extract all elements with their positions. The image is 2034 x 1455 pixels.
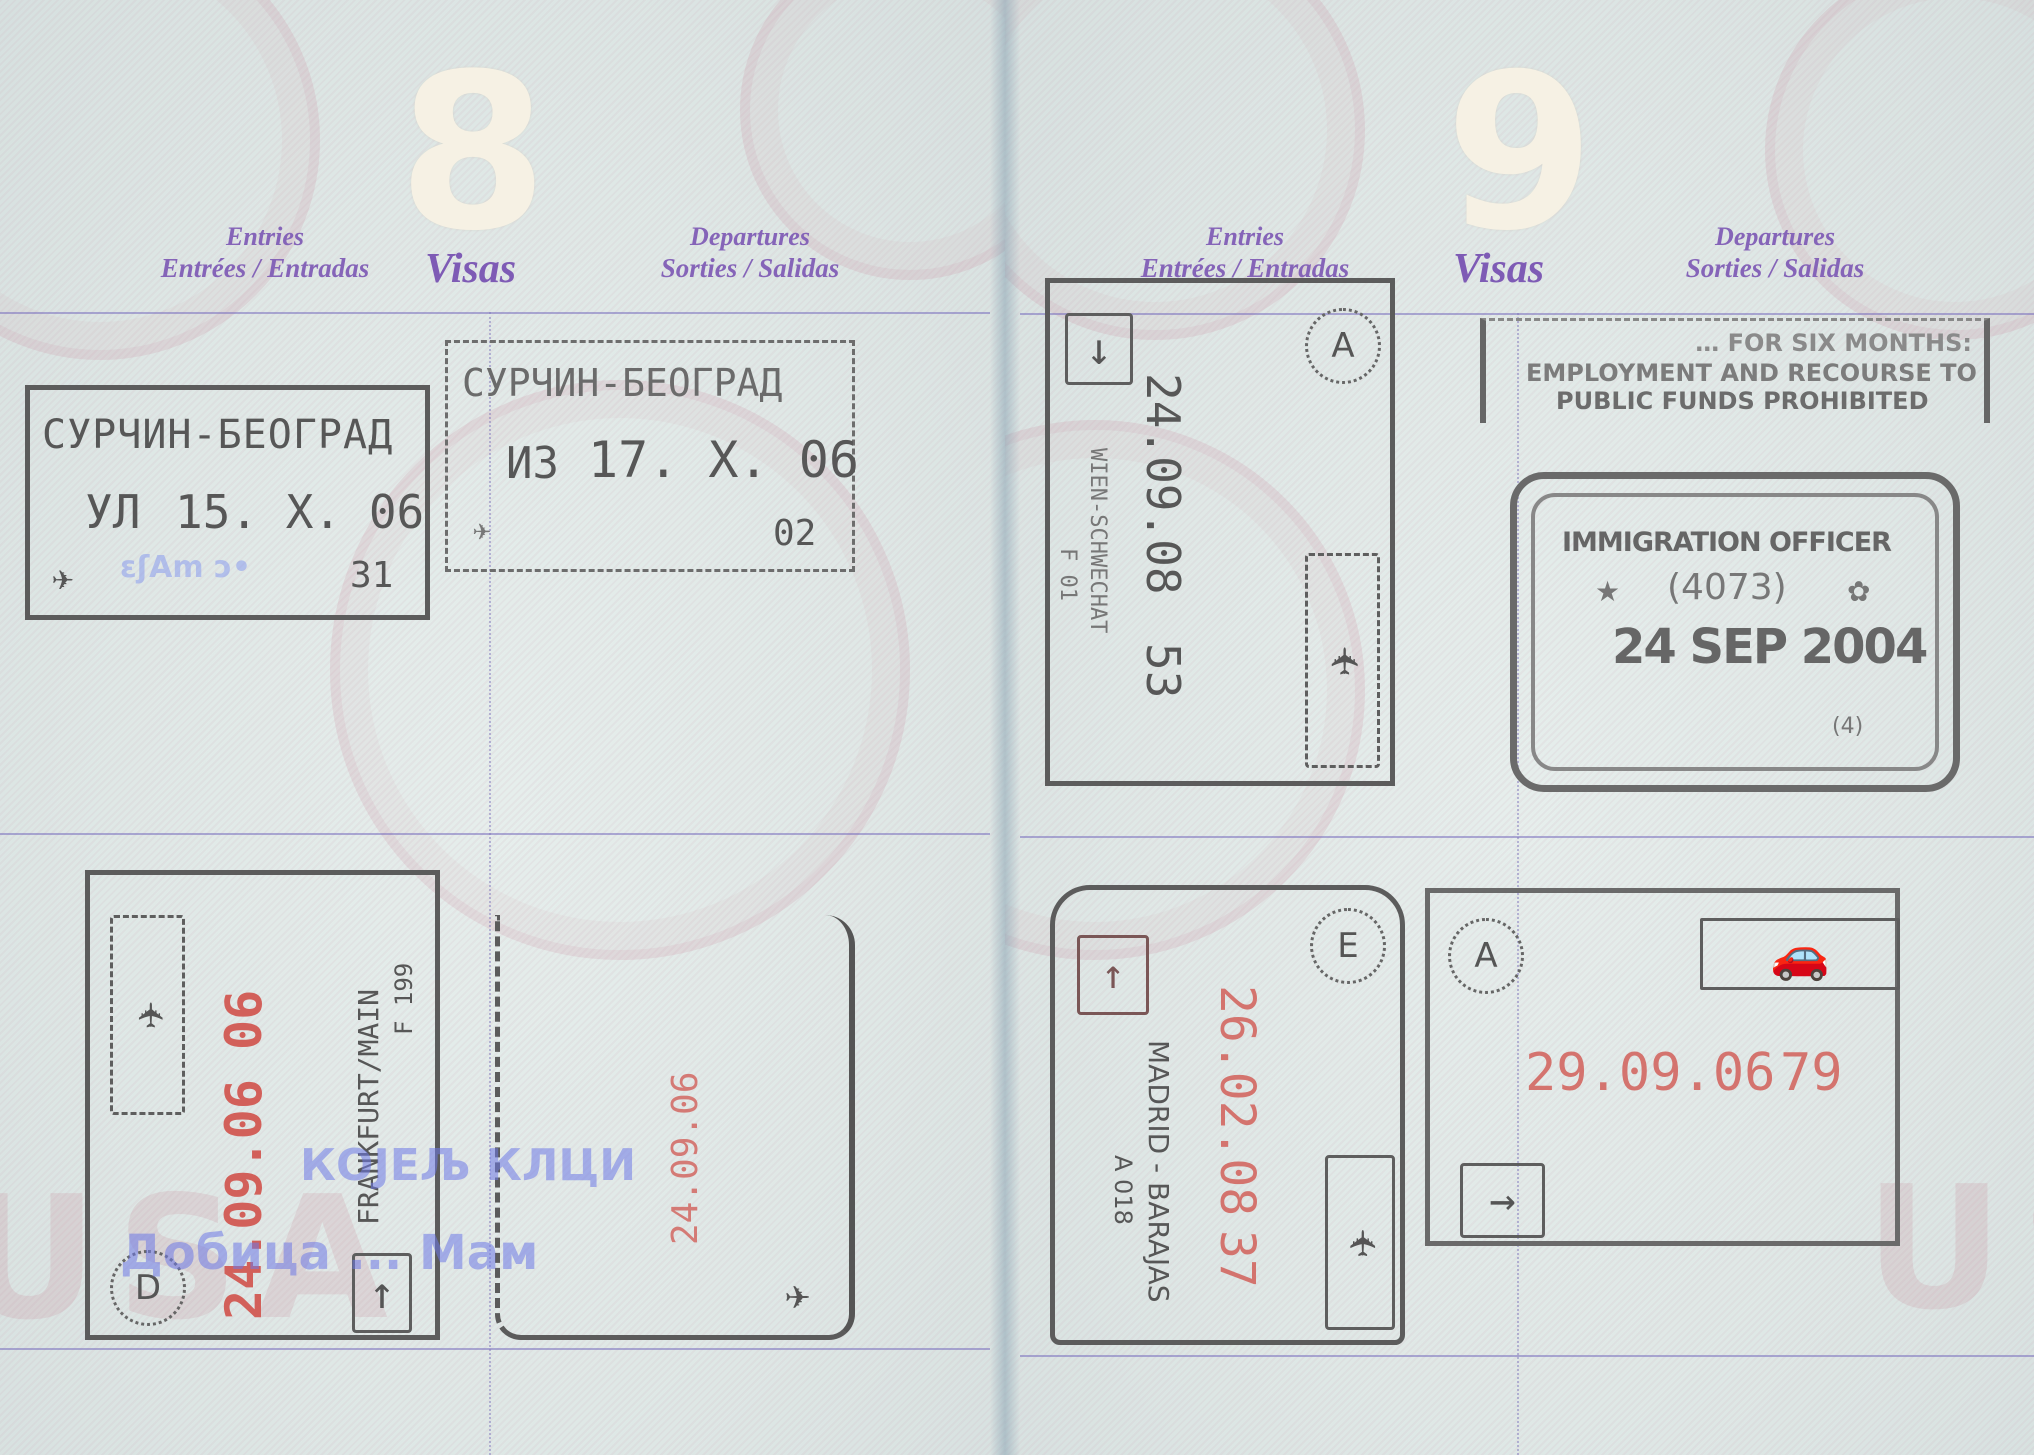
departures-header: Departures Sorties / Salidas (1635, 222, 1915, 284)
stamp-line-3: PUBLIC FUNDS PROHIBITED (1556, 387, 1929, 415)
ruling-line (1020, 836, 2034, 838)
stamp-officer-number: (4073) (1667, 567, 1787, 608)
stamp-number: 79 (1780, 1043, 1843, 1103)
entries-label-fr-es: Entrées / Entradas (140, 252, 390, 284)
stamp-date: 26.02.08 (1209, 985, 1265, 1216)
car-icon: 🚗 (1700, 918, 1900, 990)
stamp-date: 24.09.08 (1136, 373, 1190, 595)
stamp-date: 17. X. 06 (588, 431, 859, 489)
stamp-smudged-departure: 24.09.06 ✈ (495, 915, 855, 1340)
departures-label-fr-es: Sorties / Salidas (1635, 252, 1915, 284)
stamp-number: 02 (773, 513, 816, 554)
ruling-line (1020, 1355, 2034, 1357)
stamp-uk-conditions: … FOR SIX MONTHS: EMPLOYMENT AND RECOURS… (1480, 318, 1990, 423)
airplane-icon: ✈ (785, 1270, 810, 1319)
stamp-code: A 018 (1109, 1155, 1137, 1225)
departures-header: Departures Sorties / Salidas (610, 222, 890, 284)
eu-country-sign: A (1305, 308, 1381, 384)
star-icon: ★ (1595, 575, 1620, 608)
stamp-date: 15. X. 06 (175, 485, 424, 539)
entries-label-en: Entries (140, 222, 390, 252)
eu-country-sign: E (1310, 908, 1386, 984)
arrow-down-icon: ↓ (1065, 313, 1133, 385)
ruling-line (0, 833, 990, 835)
arrow-entry-icon: ↑ (1077, 935, 1149, 1015)
airplane-icon: ✈ (473, 513, 491, 548)
stamp-uk-immigration: IMMIGRATION OFFICER (4073) ★ ✿ 24 SEP 20… (1510, 472, 1960, 792)
stamp-direction: ИЗ (506, 438, 559, 489)
book-gutter (990, 0, 1020, 1455)
stamp-belgrade-entry: СУРЧИН-БЕОГРАД УЛ 15. X. 06 31 ✈ ɛʃAm ɔ• (25, 385, 430, 620)
airplane-icon: ✈ (1325, 1155, 1395, 1330)
page-8: USA 8 Entries Entrées / Entradas Visas D… (0, 0, 1005, 1455)
handwriting-line-2: Добица ... Мам (120, 1225, 538, 1281)
stamp-date-partial: 24.09.06 (665, 1072, 706, 1245)
page-number: 9 (1445, 45, 1595, 260)
stamp-location: WIEN-SCHWECHAT (1085, 448, 1110, 633)
stamp-line-1: … FOR SIX MONTHS: (1695, 329, 1972, 357)
security-seal (1765, 0, 2034, 340)
stamp-date: 24.09.06 (215, 1079, 273, 1320)
security-seal (0, 0, 320, 360)
stamp-code: F 199 (390, 963, 418, 1035)
arrow-right-icon: → (1460, 1163, 1545, 1238)
stamp-code: F 01 (1055, 548, 1080, 601)
airplane-icon: ✈ (1305, 553, 1380, 768)
stamp-date: 24 SEP 2004 (1612, 619, 1926, 675)
stamp-title: IMMIGRATION OFFICER (1562, 527, 1891, 558)
handwriting-line-1: КОЈЕЉ КЛЦИ (300, 1140, 636, 1191)
entries-label-en: Entries (1095, 222, 1395, 252)
stamp-direction: УЛ (85, 485, 140, 539)
airplane-icon: ✈ (52, 558, 74, 599)
stamp-number: 31 (350, 555, 393, 596)
stamp-austria-road: A 🚗 29.09.06 79 → (1425, 888, 1900, 1246)
ruling-line (0, 312, 990, 314)
passport-spread: USA 8 Entries Entrées / Entradas Visas D… (0, 0, 2034, 1455)
page-number: 8 (398, 45, 548, 260)
handwritten-note: ɛʃAm ɔ• (120, 550, 251, 585)
entries-header: Entries Entrées / Entradas (140, 222, 390, 284)
ruling-line (0, 1348, 990, 1350)
visas-header: Visas (425, 245, 516, 293)
stamp-austria-airport: ↓ A 24.09.08 53 WIEN-SCHWECHAT F 01 ✈ (1045, 278, 1395, 786)
visas-header: Visas (1453, 245, 1544, 293)
stamp-number: 53 (1136, 643, 1190, 698)
stamp-date: 29.09.06 (1525, 1043, 1775, 1103)
eu-country-sign: A (1448, 918, 1524, 994)
stamp-location: СУРЧИН-БЕОГРАД (462, 361, 782, 405)
entries-header: Entries Entrées / Entradas (1095, 222, 1395, 284)
stamp-belgrade-exit: СУРЧИН-БЕОГРАД ИЗ 17. X. 06 02 ✈ (445, 340, 855, 572)
departures-label-en: Departures (1635, 222, 1915, 252)
stamp-location: СУРЧИН-БЕОГРАД (42, 412, 393, 458)
airplane-icon: ✈ (110, 915, 185, 1115)
departures-label-fr-es: Sorties / Salidas (610, 252, 890, 284)
page-9: USA 9 Entries Entrées / Entradas Visas D… (1005, 0, 2034, 1455)
departures-label-en: Departures (610, 222, 890, 252)
stamp-number: 37 (1209, 1230, 1265, 1288)
stamp-line-2: EMPLOYMENT AND RECOURSE TO (1526, 359, 1977, 387)
stamp-location: MADRID - BARAJAS (1142, 1040, 1175, 1303)
rose-icon: ✿ (1847, 575, 1870, 608)
stamp-sub-number: (4) (1832, 714, 1863, 739)
stamp-madrid: ↑ E 26.02.08 37 MADRID - BARAJAS A 018 ✈ (1050, 885, 1405, 1345)
stamp-number: 06 (215, 990, 273, 1050)
